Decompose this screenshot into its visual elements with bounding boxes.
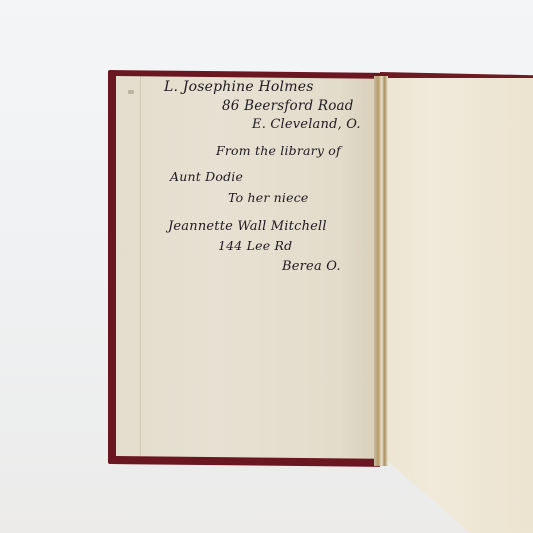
inscription-line-from: From the library of	[216, 145, 341, 158]
page-blemish	[128, 90, 134, 94]
photo-scene: L. Josephine Holmes 86 Beersford Road E.…	[0, 0, 533, 533]
inscription-line-recipient-street: 144 Lee Rd	[218, 240, 292, 253]
inscription-line-recipient: Jeannette Wall Mitchell	[168, 220, 327, 233]
flyleaf-page	[386, 78, 533, 533]
inscription-line-aunt: Aunt Dodie	[170, 171, 243, 184]
handwritten-inscription: L. Josephine Holmes 86 Beersford Road E.…	[160, 78, 385, 278]
inscription-line-city: E. Cleveland, O.	[252, 118, 361, 131]
inscription-line-to: To her niece	[228, 192, 309, 205]
inscription-line-recipient-city: Berea O.	[282, 260, 341, 273]
inscription-line-name: L. Josephine Holmes	[164, 80, 314, 94]
inscription-line-street: 86 Beersford Road	[222, 100, 354, 114]
